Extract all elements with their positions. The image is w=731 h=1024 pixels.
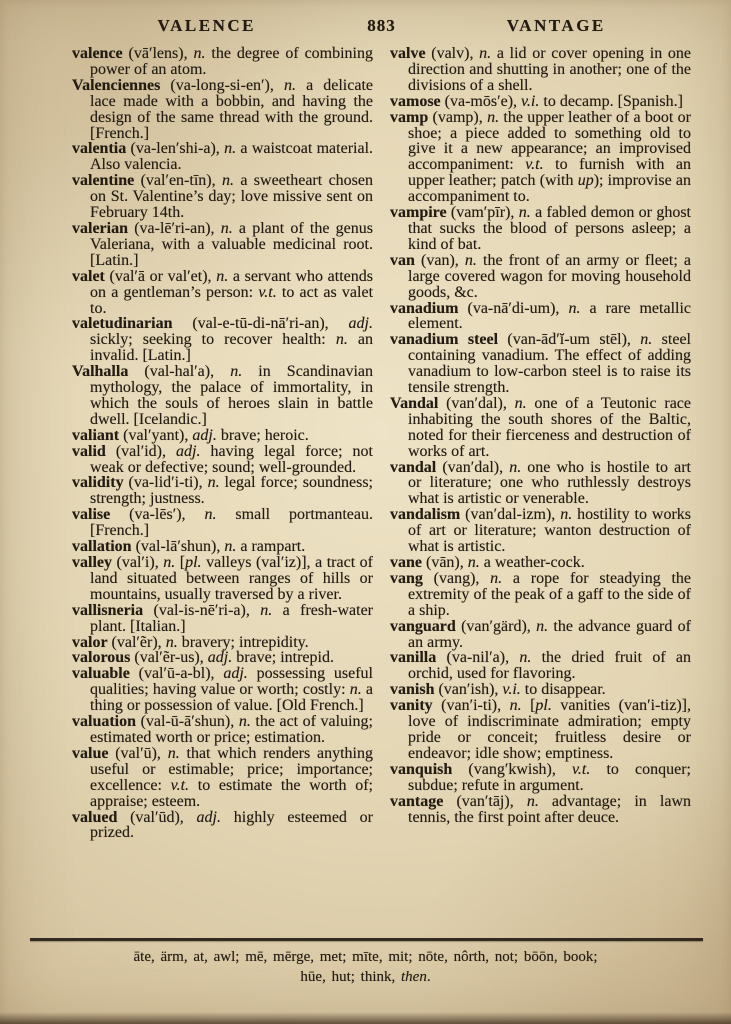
body-text: (vamp), xyxy=(428,109,487,126)
entry-valet: valet (val′ā or val′et), n. a servant wh… xyxy=(72,269,373,317)
italic-text: n. xyxy=(204,506,216,523)
italic-text: n. xyxy=(479,46,491,62)
italic-text: adj. xyxy=(208,649,232,666)
italic-text: n. xyxy=(222,172,234,189)
italic-text: n. xyxy=(163,554,175,571)
entry-vang: vang (vang), n. a rope for steadying the… xyxy=(390,571,691,619)
italic-text: n. xyxy=(350,681,362,698)
body-text: (val′en-tīn), xyxy=(134,172,222,189)
headword: valuation xyxy=(72,713,136,730)
headword: vang xyxy=(390,570,423,587)
headword: vantage xyxy=(390,793,443,810)
italic-text: v.i. xyxy=(521,93,539,110)
italic-text: n. xyxy=(224,140,236,157)
body-text: (val-e-tū-di-nā′ri-an), xyxy=(172,315,348,332)
italic-text: n. xyxy=(230,363,242,380)
headword: valerian xyxy=(72,220,128,237)
body-text: to decamp. [Spanish.] xyxy=(539,93,683,110)
headword: vandal xyxy=(390,459,436,476)
italic-text: pl. xyxy=(535,697,551,714)
headword: valuable xyxy=(72,665,130,682)
entry-vanity: vanity (van′i-ti), n. [pl. vanities (van… xyxy=(390,698,691,762)
body-text: (va-lēs′), xyxy=(110,506,204,523)
headword: vanadium steel xyxy=(390,331,498,348)
italic-text: n. xyxy=(560,506,572,523)
headword: valid xyxy=(72,443,106,460)
italic-text: n. xyxy=(527,793,539,810)
entry-valentine: valentine (val′en-tīn), n. a sweetheart … xyxy=(72,173,373,221)
headword: vanquish xyxy=(390,761,452,778)
italic-text: n. xyxy=(168,745,180,762)
entry-vane: vane (vān), n. a weather-cock. xyxy=(390,555,691,571)
entry-vallation: vallation (val-lā′shun), n. a rampart. xyxy=(72,539,373,555)
entry-valiant: valiant (val′yant), adj. brave; heroic. xyxy=(72,428,373,444)
body-text: (val′ẽr), xyxy=(108,634,166,651)
headword: valentia xyxy=(72,140,126,157)
italic-text: n. xyxy=(208,474,220,491)
body-text: (va-nil′a), xyxy=(436,649,519,666)
entry-valued: valued (val′ūd), adj. highly esteemed or… xyxy=(72,810,373,842)
body-text: (van′gärd), xyxy=(456,618,536,635)
body-text: (val′ā or val′et), xyxy=(105,268,216,285)
headword: Valhalla xyxy=(72,363,128,380)
italic-text: v.i. xyxy=(502,681,520,698)
body-text: to disappear. xyxy=(521,681,606,698)
italic-text: v.t. xyxy=(572,761,590,778)
right-column: valve (valv), n. a lid or cover opening … xyxy=(390,46,691,934)
italic-text: adj. xyxy=(223,665,247,682)
italic-text: n. xyxy=(224,538,236,555)
body-text: (van′dal-izm), xyxy=(460,506,560,523)
italic-text: then xyxy=(401,969,427,985)
headword: vanguard xyxy=(390,618,456,635)
italic-text: n. xyxy=(536,618,548,635)
body-text: (val′yant), xyxy=(119,427,192,444)
body-text: (val′ẽr-us), xyxy=(130,649,207,666)
body-text: (vā′lens), xyxy=(123,46,194,62)
italic-text: adj. xyxy=(176,443,200,460)
entry-valorous: valorous (val′ẽr-us), adj. brave; intrep… xyxy=(72,650,373,666)
footer-divider-rule xyxy=(30,938,703,941)
entry-vanish: vanish (van′ish), v.i. to disappear. xyxy=(390,682,691,698)
body-text: bravery; intrepidity. xyxy=(178,634,309,651)
italic-text: n. xyxy=(640,331,652,348)
entry-vanguard: vanguard (van′gärd), n. the advance guar… xyxy=(390,619,691,651)
italic-text: n. xyxy=(510,697,522,714)
left-column: valence (vā′lens), n. the degree of comb… xyxy=(72,46,373,934)
italic-text: n. xyxy=(487,109,499,126)
entry-valuation: valuation (val-ū-ā′shun), n. the act of … xyxy=(72,714,373,746)
italic-text: n. xyxy=(490,570,502,587)
headword: vanish xyxy=(390,681,434,698)
entry-valve: valve (valv), n. a lid or cover opening … xyxy=(390,46,691,94)
headword: valetudinarian xyxy=(72,315,172,332)
headword: van xyxy=(390,252,415,269)
headword: valence xyxy=(72,46,123,62)
body-text: (val-ū-ā′shun), xyxy=(136,713,239,730)
body-text: [ xyxy=(522,697,536,714)
italic-text: n. xyxy=(260,602,272,619)
pronunciation-key-line1: āte, ärm, at, awl; mē, mērge, met; mīte,… xyxy=(0,947,731,967)
headword: vamose xyxy=(390,93,441,110)
headword: vallation xyxy=(72,538,132,555)
entry-vanadium-steel: vanadium steel (van-ād′ĭ-um stēl), n. st… xyxy=(390,332,691,396)
body-text: (va-long-si-en′), xyxy=(160,77,284,94)
italic-text: v.t. xyxy=(258,284,276,301)
entry-vampire: vampire (vam′pīr), n. a fabled demon or … xyxy=(390,205,691,253)
body-text: (valv), xyxy=(426,46,480,62)
entry-value: value (val′ū), n. that which renders any… xyxy=(72,746,373,810)
body-text: (van′tāj), xyxy=(443,793,526,810)
entry-vanilla: vanilla (va-nil′a), n. the dried fruit o… xyxy=(390,650,691,682)
body-text: (van′ish), xyxy=(434,681,502,698)
body-text: (van), xyxy=(415,252,465,269)
headword: vanadium xyxy=(390,300,458,317)
guide-word-left: VALENCE xyxy=(72,16,342,36)
italic-text: n. xyxy=(239,713,251,730)
italic-text: n. xyxy=(509,459,521,476)
body-text: (vang), xyxy=(423,570,490,587)
italic-text: n. xyxy=(284,77,296,94)
body-text: sickly; seeking to recover health: xyxy=(90,331,336,348)
entry-valuable: valuable (val′ū-a-bl), adj. possessing u… xyxy=(72,666,373,714)
body-text: (val-lā′shun), xyxy=(132,538,225,555)
body-text: (va-lid′i-ti), xyxy=(124,474,208,491)
italic-text: n. xyxy=(193,46,205,62)
entry-vanquish: vanquish (vang′kwish), v.t. to conquer; … xyxy=(390,762,691,794)
italic-text: n. xyxy=(221,220,233,237)
entry-valentia: valentia (va-len′shi-a), n. a waistcoat … xyxy=(72,141,373,173)
headword: valentine xyxy=(72,172,134,189)
body-text: a rampart. xyxy=(236,538,305,555)
body-text: (va-len′shi-a), xyxy=(126,140,224,157)
entry-vandal: Vandal (van′dal), n. one of a Teutonic r… xyxy=(390,396,691,460)
entry-vandalism: vandalism (van′dal-izm), n. hostility to… xyxy=(390,507,691,555)
entry-vamose: vamose (va-mōs′e), v.i. to decamp. [Span… xyxy=(390,94,691,110)
body-text: (van′dal), xyxy=(438,395,514,412)
italic-text: n. xyxy=(336,331,348,348)
headword: valued xyxy=(72,809,117,826)
italic-text: n. xyxy=(519,649,531,666)
page-header: VALENCE 883 VANTAGE xyxy=(72,16,691,36)
entry-vamp: vamp (vamp), n. the upper leather of a b… xyxy=(390,110,691,205)
headword: valiant xyxy=(72,427,119,444)
body-text: (va-lē′ri-an), xyxy=(128,220,221,237)
headword: vandalism xyxy=(390,506,460,523)
italic-text: n. xyxy=(519,204,531,221)
headword: valet xyxy=(72,268,105,285)
entry-vandal: vandal (van′dal), n. one who is hostile … xyxy=(390,460,691,508)
entry-valerian: valerian (va-lē′ri-an), n. a plant of th… xyxy=(72,221,373,269)
body-text: (val′ūd), xyxy=(117,809,196,826)
italic-text: n. xyxy=(515,395,527,412)
body-text: āte, ärm, at, awl; mē, mērge, met; mīte,… xyxy=(134,949,598,965)
headword: vallisneria xyxy=(72,602,143,619)
body-text: (vang′kwish), xyxy=(452,761,572,778)
entry-vallisneria: vallisneria (val-is-nē′ri-a), n. a fresh… xyxy=(72,603,373,635)
body-text: (vān), xyxy=(422,554,468,571)
body-text: (val′ū-a-bl), xyxy=(130,665,224,682)
body-text: . xyxy=(427,969,431,985)
italic-text: adj. xyxy=(197,809,221,826)
headword: valorous xyxy=(72,649,130,666)
entry-valise: valise (va-lēs′), n. small portmanteau. … xyxy=(72,507,373,539)
italic-text: n. xyxy=(166,634,178,651)
headword: value xyxy=(72,745,108,762)
headword: vane xyxy=(390,554,422,571)
headword: valor xyxy=(72,634,108,651)
italic-text: v.t. xyxy=(525,156,543,173)
body-text: hūe, hut; think, xyxy=(300,969,401,985)
body-text: [ xyxy=(175,554,185,571)
body-text: brave; intrepid. xyxy=(232,649,334,666)
entry-valley: valley (val′i), n. [pl. valleys (val′iz)… xyxy=(72,555,373,603)
headword: validity xyxy=(72,474,124,491)
body-text: (van′i-ti), xyxy=(433,697,510,714)
headword: Valenciennes xyxy=(72,77,160,94)
headword: vampire xyxy=(390,204,447,221)
headword: vamp xyxy=(390,109,428,126)
body-text: a weather-cock. xyxy=(480,554,585,571)
italic-text: pl. xyxy=(185,554,201,571)
entry-vanadium: vanadium (va-nā′di-um), n. a rare metall… xyxy=(390,301,691,333)
headword: valise xyxy=(72,506,110,523)
entry-valor: valor (val′ẽr), n. bravery; intrepidity. xyxy=(72,635,373,651)
entry-validity: validity (va-lid′i-ti), n. legal force; … xyxy=(72,475,373,507)
headword: Vandal xyxy=(390,395,438,412)
body-text: (val′i), xyxy=(112,554,163,571)
pronunciation-key: āte, ärm, at, awl; mē, mērge, met; mīte,… xyxy=(0,947,731,987)
guide-word-right: VANTAGE xyxy=(422,16,692,36)
entry-van: van (van), n. the front of an army or fl… xyxy=(390,253,691,301)
entry-valid: valid (val′id), adj. having legal force;… xyxy=(72,444,373,476)
body-text: (vam′pīr), xyxy=(447,204,519,221)
text-columns: valence (vā′lens), n. the degree of comb… xyxy=(72,46,691,934)
headword: vanilla xyxy=(390,649,436,666)
italic-text: n. xyxy=(568,300,580,317)
body-text: (van′dal), xyxy=(436,459,509,476)
body-text: (val-hal′a), xyxy=(128,363,230,380)
page-edge-shadow xyxy=(0,1012,731,1024)
body-text: (val′ū), xyxy=(108,745,167,762)
entry-valence: valence (vā′lens), n. the degree of comb… xyxy=(72,46,373,78)
entry-valhalla: Valhalla (val-hal′a), n. in Scandinavian… xyxy=(72,364,373,428)
italic-text: n. xyxy=(216,268,228,285)
page-number: 883 xyxy=(342,16,422,36)
italic-text: n. xyxy=(465,252,477,269)
body-text: brave; heroic. xyxy=(217,427,309,444)
headword: vanity xyxy=(390,697,433,714)
body-text: (va-nā′di-um), xyxy=(458,300,568,317)
body-text: (val-is-nē′ri-a), xyxy=(143,602,260,619)
italic-text: adj. xyxy=(349,315,373,332)
headword: valley xyxy=(72,554,112,571)
entry-vantage: vantage (van′tāj), n. advantage; in lawn… xyxy=(390,794,691,826)
body-text: (val′id), xyxy=(106,443,176,460)
italic-text: adj. xyxy=(192,427,216,444)
body-text: (va-mōs′e), xyxy=(441,93,521,110)
italic-text: v.t. xyxy=(171,777,189,794)
italic-text: up xyxy=(578,172,594,189)
italic-text: n. xyxy=(468,554,480,571)
body-text: (van-ād′ĭ-um stēl), xyxy=(498,331,640,348)
headword: valve xyxy=(390,46,426,62)
entry-valetudinarian: valetudinarian (val-e-tū-di-nā′ri-an), a… xyxy=(72,316,373,364)
dictionary-page: VALENCE 883 VANTAGE valence (vā′lens), n… xyxy=(0,0,731,1024)
entry-valenciennes: Valenciennes (va-long-si-en′), n. a deli… xyxy=(72,78,373,142)
pronunciation-key-line2: hūe, hut; think, then. xyxy=(0,967,731,987)
